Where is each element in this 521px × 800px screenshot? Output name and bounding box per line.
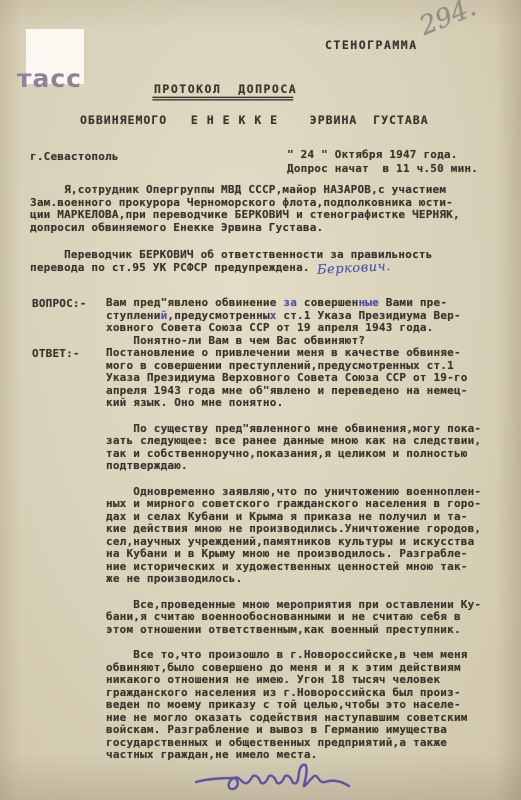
scanned-document-page: тасс 294. СТЕНОГРАММА ПРОТОКОЛ ДОПРОСА =… [0,0,521,800]
typed-segment: ние исторических и художественных ценнос… [106,560,468,573]
typed-segment: По существу пред"явленного мне обвинения… [106,422,481,435]
text-line: этом отношении ответственным,как военный… [106,624,496,637]
text-line: допросил обвиняемого Енекке Эрвина Густа… [30,222,496,235]
typed-segment: никакого отношения не имею. Угон 18 тыся… [106,673,440,686]
text-line: перевода по ст.95 УК РСФСР предупреждена… [30,262,496,275]
handwritten-ink-segment: х [270,309,277,322]
typed-segment: перевода по ст.95 УК РСФСР предупреждена… [30,261,317,274]
typed-segment: на Кубани и в Крыму мною не производилос… [106,547,468,560]
typed-segment: мого в совершении преступлений,предусмот… [106,359,454,372]
paragraph-answer-cont-5: Одновременно заявляю,что по уничтожению … [30,486,496,586]
typed-segment: подтверждаю. [106,459,188,472]
handwritten-ink-segment: ные [358,296,378,309]
typed-segment: этом отношении ответственным,как военный… [106,623,461,636]
place-line: г.Севастополь [30,150,119,163]
paragraph-intro-1: Переводчик БЕРКОВИЧ об ответственности з… [30,249,496,274]
stenogram-label: СТЕНОГРАММА [325,38,418,52]
text-line: кий язык. Оно мне понятно. [106,397,496,410]
typed-segment: ховного Совета Союза ССР от 19 апреля 19… [106,321,433,334]
signature-scrawl-icon [192,758,352,800]
typed-segment: Все,проведенные мною мероприятия при ост… [106,598,481,611]
typed-segment: ступлени [106,309,161,322]
paragraph-answer-cont-7: Все то,что произошло в г.Новороссийске,в… [30,649,496,762]
typed-segment: ции МАРКЕЛОВА,при переводчике БЕРКОВИЧ и… [30,208,460,221]
paragraph-text: Я,сотрудник Опергруппы МВД СССР,майор НА… [30,184,496,234]
paragraph-text: Переводчик БЕРКОВИЧ об ответственности з… [30,249,496,274]
handwritten-page-number: 294. [416,0,481,42]
typed-segment: Понятно-ли Вам в чем Вас обвиняют? [106,334,365,347]
paragraph-text: Одновременно заявляю,что по уничтожению … [106,486,496,586]
typed-segment: совершен [297,296,358,309]
paragraph-question-2: ВОПРОС:-Вам пред"явлено обвинение за сов… [30,297,496,347]
typed-segment: войскам. Разграбление и вывоз в Германию… [106,723,447,736]
typed-segment: Вами пре- [379,296,447,309]
paragraph-text: Все,проведенные мною мероприятия при ост… [106,599,496,637]
typed-segment: гражданского населения из г.Новороссийск… [106,686,461,699]
typed-segment: кий язык. Оно мне понятно. [106,396,283,409]
typed-segment: Постановление о привлечении меня в качес… [106,346,461,359]
typed-segment: ных и мирного советского гражданского на… [106,497,481,510]
paragraph-answer-cont-6: Все,проведенные мною мероприятия при ост… [30,599,496,637]
typed-segment: Зам.военного прокурора Черноморского фло… [30,196,453,209]
typed-segment: так и собственноручно,показания,я целико… [106,447,468,460]
typed-segment: Одновременно заявляю,что по уничтожению … [106,485,481,498]
typed-segment: сел,научных учреждений,памятников культу… [106,535,474,548]
time-line: Допрос начат в 11 ч.50 мин. [287,162,478,175]
typed-segment: ,предусмотренны [167,309,269,322]
typed-segment: Все то,что произошло в г.Новороссийске,в… [106,648,468,661]
document-title-underline: ========================= [152,92,293,105]
typed-segment: дах и селах Кубани и Крыма я приказа не … [106,510,468,523]
paragraph-answer-3: ОТВЕТ:-Постановление о привлечении меня … [30,347,496,410]
typed-segment: бани,я считаю военнообоснованными и не с… [106,610,461,623]
document-blocks: Я,сотрудник Опергруппы МВД СССР,майор НА… [30,184,496,775]
typed-segment: государственных и общественных предприят… [106,736,447,749]
date-line: " 24 " Октября 1947 года. [287,148,458,161]
paragraph-text: Вам пред"явлено обвинение за совершенные… [106,297,496,347]
paragraph-intro-0: Я,сотрудник Опергруппы МВД СССР,майор НА… [30,184,496,234]
paragraph-text: Постановление о привлечении меня в качес… [106,347,496,410]
typed-segment: зать следующее: все ранее данные мною ка… [106,434,481,447]
typed-segment: Я,сотрудник Опергруппы МВД СССР,майор НА… [30,183,446,196]
document-subtitle: ОБВИНЯЕМОГО Е Н Е К К Е ЭРВИНА ГУСТАВА [80,113,429,127]
text-line: же не производилось. [106,573,496,586]
accused-signature [192,758,352,800]
handwritten-ink-segment: за [283,296,297,309]
typed-segment: веден по моему приказу с той целью,чтобы… [106,698,461,711]
text-line: подтверждаю. [106,460,496,473]
paragraph-text: Все то,что произошло в г.Новороссийске,в… [106,649,496,762]
typed-segment: кие действия мною не производились.Уничт… [106,522,481,535]
typed-segment: Вам пред"явлено обвинение [106,296,283,309]
tass-logo: тасс [17,64,82,93]
typed-segment: ние не могло оказать содействия наступав… [106,711,468,724]
typed-segment: ст.1 Указа Президиума Вер- [277,309,461,322]
typed-segment: же не производилось. [106,572,242,585]
qa-label: ВОПРОС:- [32,297,87,310]
paragraph-text: По существу пред"явленного мне обвинения… [106,423,496,473]
paragraph-answer-cont-4: По существу пред"явленного мне обвинения… [30,423,496,473]
handwritten-ink-segment: Беркович. [316,261,390,277]
qa-label: ОТВЕТ:- [32,347,80,360]
typed-segment: допросил обвиняемого Енекке Эрвина Густа… [30,221,323,234]
typed-segment: Указа Президиума Верховного Совета Союза… [106,371,468,384]
typed-segment: апреля 1943 года мне об"явлено и перевед… [106,384,468,397]
typed-segment: обвиняют,было совершено до меня и я к эт… [106,661,461,674]
